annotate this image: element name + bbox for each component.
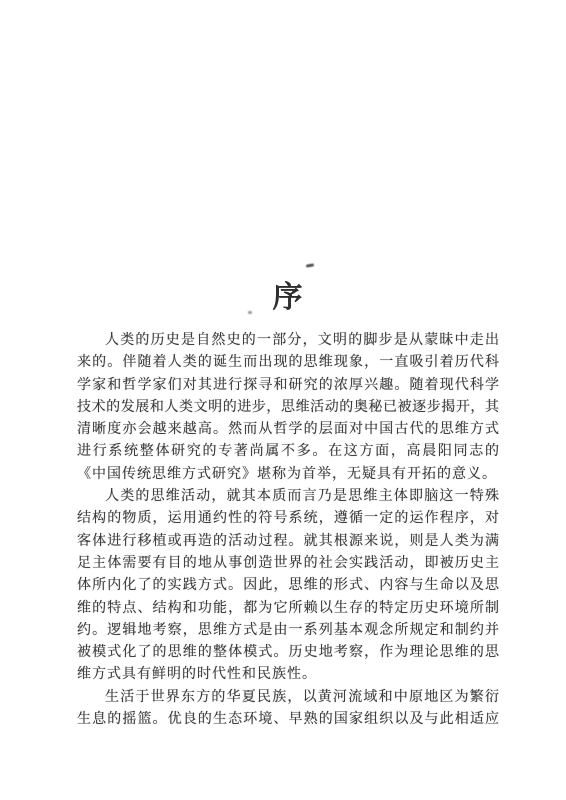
text-line: 足主体需要有目的地从事创造世界的社会实践活动，即被历史主	[77, 553, 499, 575]
text-line: 人类的历史是自然史的一部分，文明的脚步是从蒙昧中走出	[77, 330, 499, 352]
text-line: 生息的摇篮。优良的生态环境、早熟的国家组织以及与此相适应	[77, 709, 499, 731]
text-line: 来的。伴随着人类的诞生而出现的思维现象，一直吸引着历代科	[77, 352, 499, 374]
text-line: 《中国传统思维方式研究》堪称为首举，无疑具有开拓的意义。	[77, 464, 499, 486]
text-line: 维方式具有鲜明的时代性和民族性。	[77, 664, 499, 686]
scanned-book-page: 序 人类的历史是自然史的一部分，文明的脚步是从蒙昧中走出 来的。伴随着人类的诞生…	[0, 0, 566, 800]
text-line: 生活于世界东方的华夏民族，以黄河流域和中原地区为繁衍	[77, 687, 499, 709]
text-line: 技术的发展和人类文明的进步，思维活动的奥秘已被逐步揭开，其	[77, 397, 499, 419]
text-line: 人类的思维活动，就其本质而言乃是思维主体即脑这一特殊	[77, 486, 499, 508]
page-title: 序	[77, 272, 499, 316]
text-line: 客体进行移植或再造的活动过程。就其根源来说，则是人类为满	[77, 531, 499, 553]
text-line: 体所内化了的实践方式。因此，思维的形式、内容与生命以及思	[77, 575, 499, 597]
text-line: 进行系统整体研究的专著尚属不多。在这方面，高晨阳同志的	[77, 441, 499, 463]
text-line: 结构的物质，运用通约性的符号系统，遵循一定的运作程序，对	[77, 508, 499, 530]
preface-text: 人类的历史是自然史的一部分，文明的脚步是从蒙昧中走出 来的。伴随着人类的诞生而出…	[77, 330, 499, 731]
text-line: 学家和哲学家们对其进行探寻和研究的浓厚兴趣。随着现代科学	[77, 375, 499, 397]
text-line: 被模式化了的思维的整体模式。历史地考察，作为理论思维的思	[77, 642, 499, 664]
text-line: 维的特点、结构和功能，都为它所赖以生存的特定历史环境所制	[77, 598, 499, 620]
text-line: 清晰度亦会越来越高。然而从哲学的层面对中国古代的思维方式	[77, 419, 499, 441]
ink-speck	[306, 263, 314, 267]
text-line: 约。逻辑地考察，思维方式是由一系列基本观念所规定和制约并	[77, 620, 499, 642]
